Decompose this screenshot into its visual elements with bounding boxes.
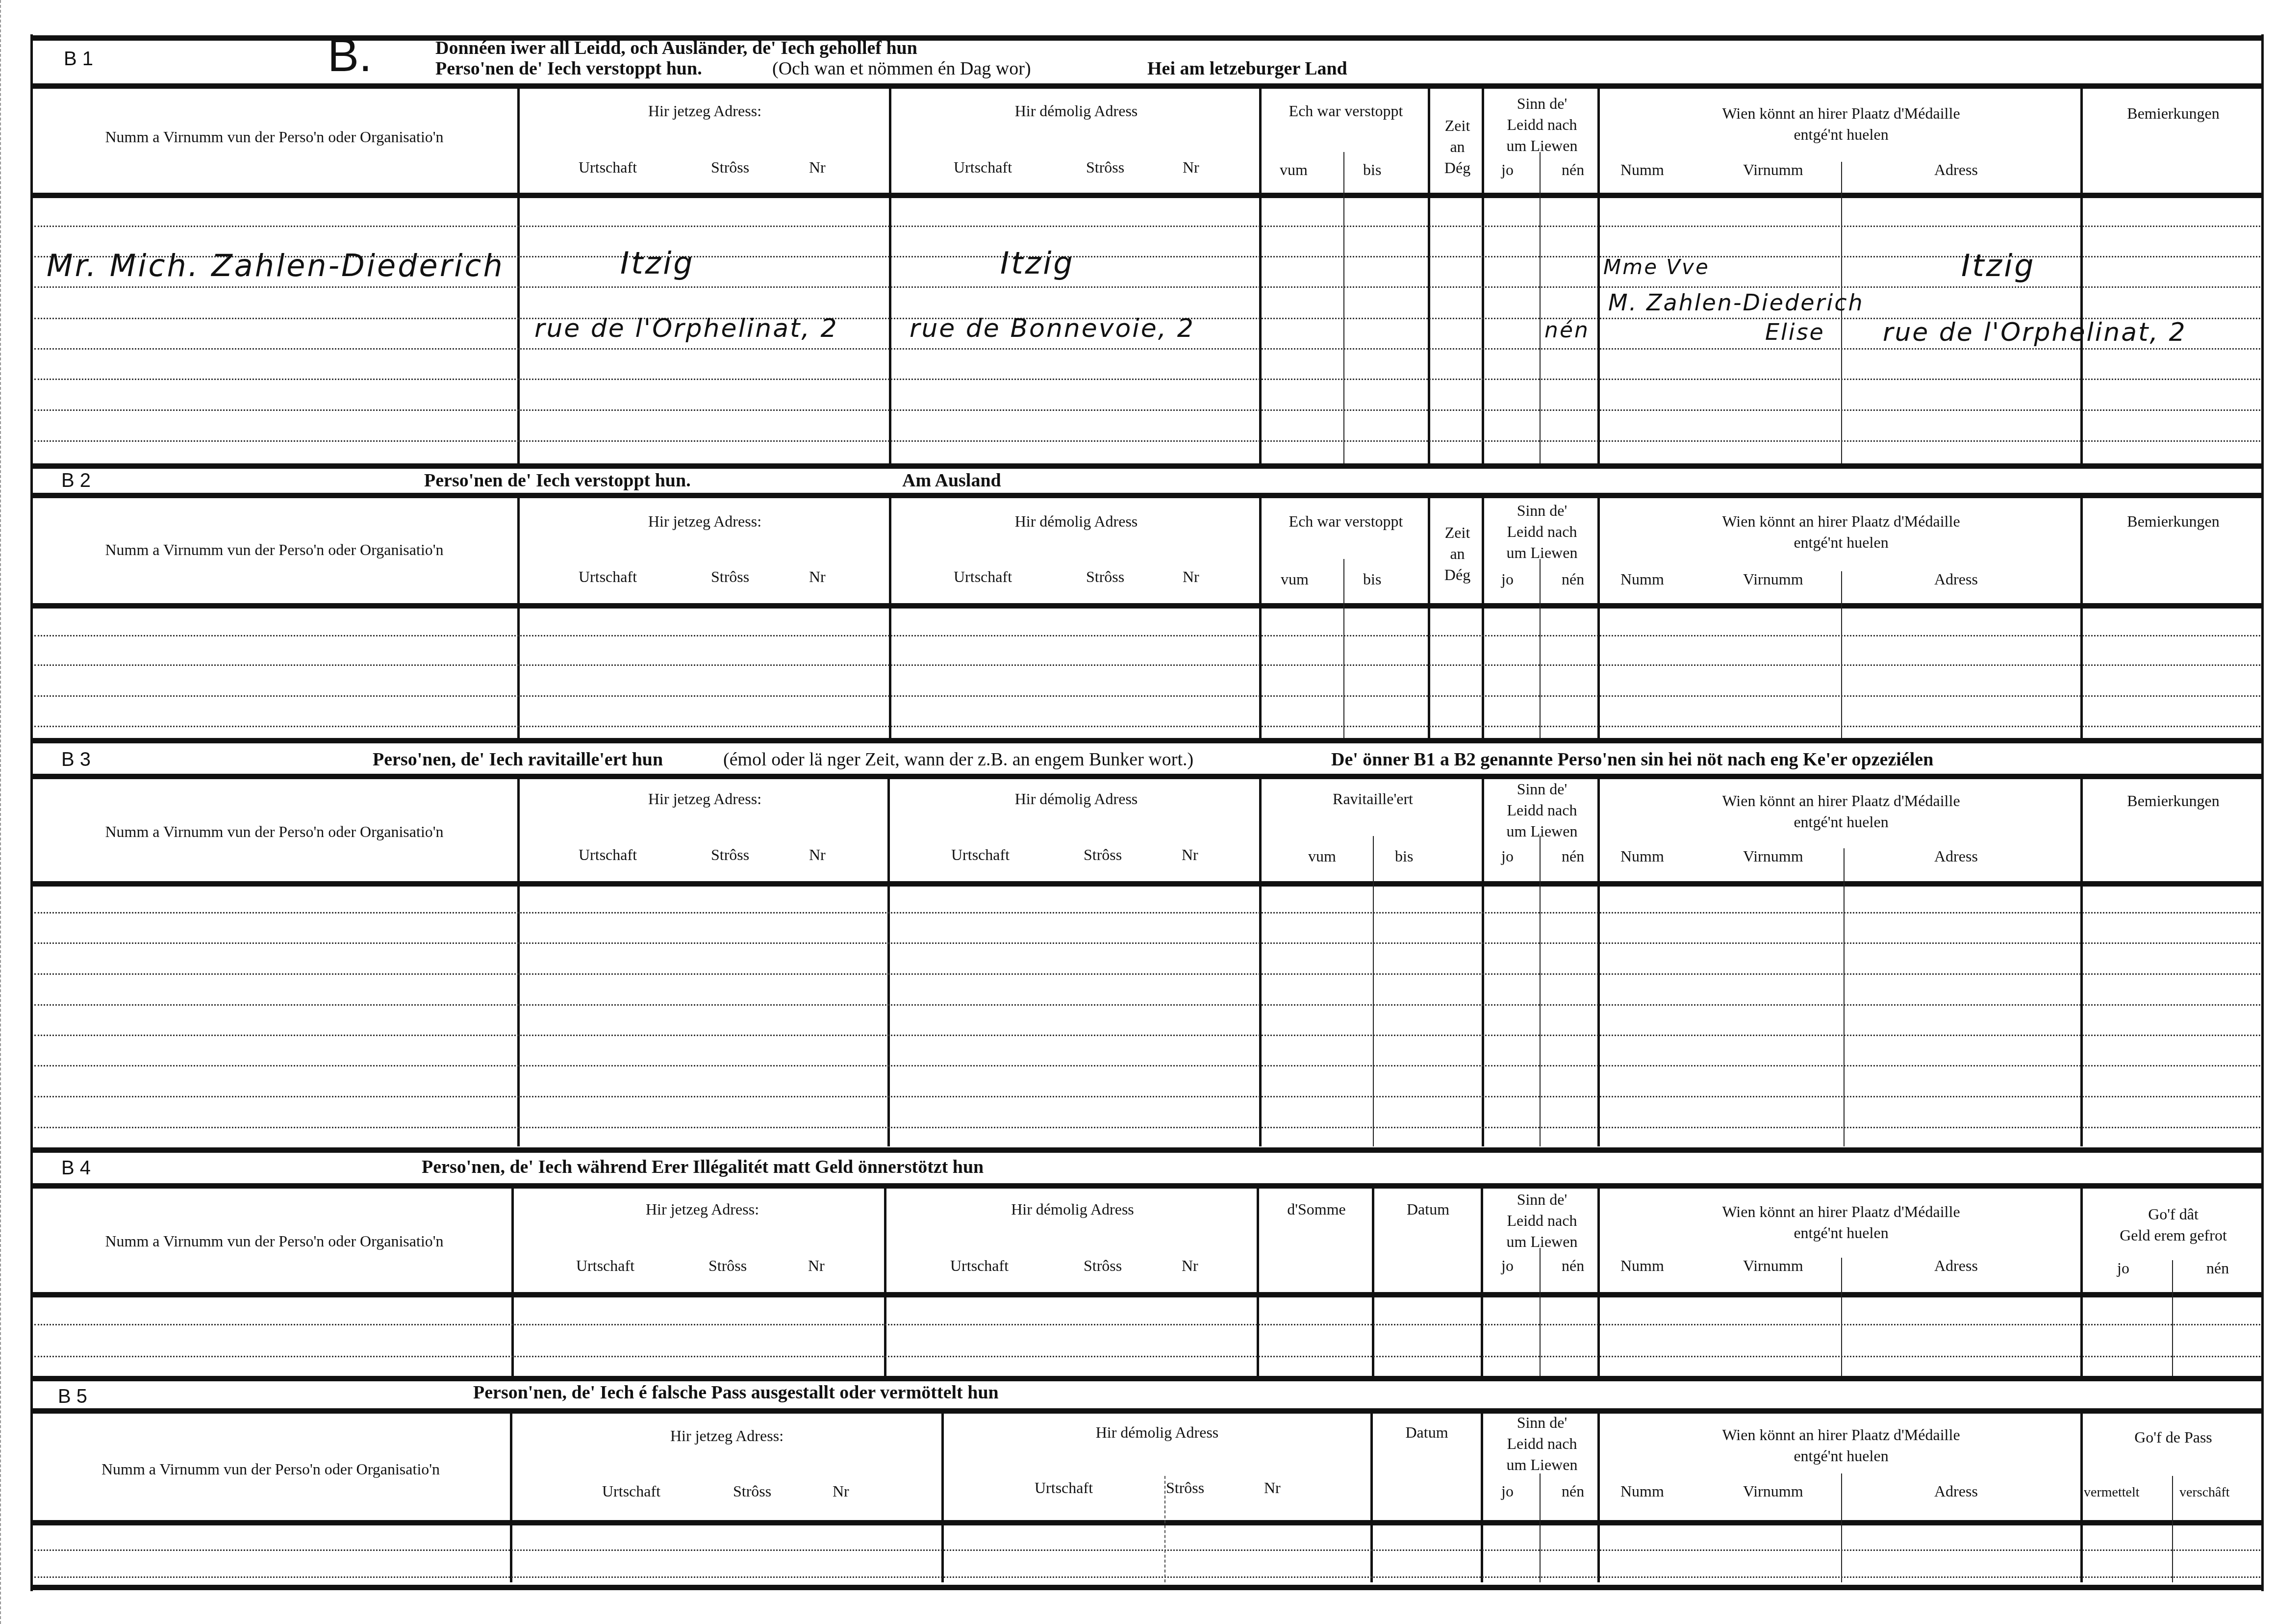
b1-divider [1482, 88, 1484, 463]
b2-col-wien: Wien könnt an hirer Plaatz d'Médailleent… [1601, 511, 2081, 553]
b1-row-line [34, 409, 2260, 411]
b2-col-bis: bis [1363, 569, 1381, 590]
b1-entry-current-street: rue de l'Orphelinat, 2 [534, 314, 838, 343]
b2-divider [1428, 498, 1430, 738]
b4-row-line [34, 1356, 2260, 1357]
b3-top-rule [30, 738, 2264, 743]
b5-divider [941, 1413, 944, 1582]
b2-col-vum: vum [1281, 569, 1309, 590]
b4-col-numm: Numm [1620, 1255, 1664, 1276]
b5-divider [1370, 1413, 1373, 1582]
b1-entry-medal-title: Mme Vve [1603, 255, 1710, 279]
b4-section-id: B 4 [61, 1157, 91, 1179]
b5-row-line [34, 1576, 2260, 1578]
b1-col-numm: Numm [1620, 159, 1664, 180]
b1-col-urtschaft-former: Urtschaft [954, 157, 1012, 178]
b3-col-nen: nén [1562, 846, 1584, 867]
b3-header-rule [30, 774, 2264, 779]
b1-col-name: Numm a Virnumm vun der Perso'n oder Orga… [30, 127, 518, 148]
b4-col-wien: Wien könnt an hirer Plaatz d'Médailleent… [1601, 1201, 2081, 1243]
b2-col-nen: nén [1562, 569, 1584, 590]
b1-body-rule [30, 193, 2264, 198]
b2-col-nr: Nr [809, 566, 826, 587]
b5-divider [1164, 1476, 1166, 1582]
b3-divider [1597, 779, 1600, 1146]
b5-header-rule [30, 1408, 2264, 1414]
b1-entry-name: Mr. Mich. Zahlen-Diederich [47, 248, 505, 283]
b5-col-verschaft: verschâft [2179, 1483, 2230, 1502]
b3-divider [2080, 779, 2083, 1146]
b2-top-rule [30, 463, 2264, 469]
b1-row-line [34, 348, 2260, 350]
b3-col-vum: vum [1308, 846, 1336, 867]
b5-col-sinn: Sinn de'Leidd nachum Liewen [1486, 1412, 1598, 1476]
b3-row-line [34, 1004, 2260, 1006]
b2-divider [1482, 498, 1484, 738]
b2-section-id: B 2 [61, 470, 91, 492]
b4-col-nr: Nr [808, 1255, 825, 1276]
b3-col-name: Numm a Virnumm vun der Perso'n oder Orga… [30, 821, 518, 842]
b2-title: Perso'nen de' Iech verstoppt hun. [424, 470, 691, 491]
b4-header-rule [30, 1183, 2264, 1189]
b3-col-adress: Adress [1934, 846, 1978, 867]
b3-divider [1482, 779, 1484, 1146]
b5-title: Person'nen, de' Iech é falsche Pass ausg… [473, 1382, 999, 1403]
b3-col-nr: Nr [809, 844, 826, 865]
b3-row-line [34, 1127, 2260, 1128]
b2-divider [1841, 571, 1842, 738]
b3-title: Perso'nen, de' Iech ravitaille'ert hun [373, 749, 663, 770]
b1-col-nr: Nr [809, 157, 826, 178]
b2-col-numm: Numm [1620, 569, 1664, 590]
b2-col-nr-former: Nr [1183, 566, 1199, 587]
b5-col-vermettelt: vermettelt [2084, 1483, 2140, 1502]
b3-divider [887, 779, 890, 1146]
b4-col-nr-former: Nr [1182, 1255, 1198, 1276]
b1-col-sinn: Sinn de'Leidd nachum Liewen [1486, 93, 1598, 157]
b1-col-jo: jo [1501, 159, 1514, 180]
b3-col-current-address: Hir jetzeg Adress: [520, 788, 890, 810]
b4-col-urtschaft-former: Urtschaft [950, 1255, 1009, 1276]
b3-col-bis: bis [1395, 846, 1413, 867]
b1-entry-medal-firstname: Elise [1765, 319, 1825, 345]
b4-col-gof: Go'f dâtGeld erem gefrot [2084, 1204, 2263, 1246]
b1-entry-current-locality: Itzig [620, 245, 695, 281]
b1-title-paren: (Och wan et nömmen én Dag wor) [772, 58, 1031, 79]
b4-col-current-address: Hir jetzeg Adress: [517, 1199, 887, 1220]
b1-entry-saved-life-nen: nén [1544, 318, 1590, 343]
b2-divider [517, 498, 520, 738]
b4-col-former-address: Hir démolig Adress [887, 1199, 1258, 1220]
b2-row-line [34, 695, 2260, 697]
b1-col-zeit: ZeitanDég [1432, 115, 1483, 179]
b2-col-urtschaft-former: Urtschaft [954, 566, 1012, 587]
b2-divider [1259, 498, 1262, 738]
b5-col-nr-former: Nr [1264, 1477, 1281, 1498]
b2-row-line [34, 664, 2260, 666]
b1-divider [1428, 88, 1430, 463]
b2-col-virnumm: Virnumm [1743, 569, 1803, 590]
b3-col-bemierkungen: Bemierkungen [2084, 790, 2263, 812]
b1-entry-medal-locality: Itzig [1961, 248, 2036, 283]
b4-col-jo: jo [1501, 1255, 1514, 1276]
b3-col-former-address: Hir démolig Adress [892, 788, 1260, 810]
b2-header-rule [30, 493, 2264, 498]
b2-col-former-address: Hir démolig Adress [892, 511, 1260, 532]
b1-row-line [34, 226, 2260, 227]
b5-col-jo: jo [1501, 1481, 1514, 1502]
b4-divider [884, 1188, 886, 1377]
b2-col-sinn: Sinn de'Leidd nachum Liewen [1486, 500, 1598, 564]
b2-row-line [34, 726, 2260, 727]
b3-divider [1373, 836, 1374, 1146]
b4-col-stross: Strôss [708, 1255, 747, 1276]
b4-col-virnumm: Virnumm [1743, 1255, 1803, 1276]
b4-col-nen: nén [1562, 1255, 1584, 1276]
b1-entry-former-locality: Itzig [1000, 245, 1075, 281]
b3-row-line [34, 1096, 2260, 1097]
b1-title-line2: Perso'nen de' Iech verstoppt hun. [435, 58, 702, 79]
b1-title-line1: Donnéen iwer all Leidd, och Ausländer, d… [435, 37, 917, 59]
b4-top-rule [30, 1147, 2264, 1153]
b2-row-line [34, 635, 2260, 636]
b5-divider [2172, 1476, 2173, 1582]
b5-divider [1540, 1473, 1541, 1582]
b1-col-bemierkungen: Bemierkungen [2084, 103, 2263, 124]
b1-top-rule [30, 35, 2264, 41]
b2-col-adress: Adress [1934, 569, 1978, 590]
b3-row-line [34, 942, 2260, 944]
b1-col-vum: vum [1280, 159, 1308, 180]
b4-divider [1540, 1248, 1541, 1377]
b1-col-stross-former: Strôss [1086, 157, 1124, 178]
b1-col-nr-former: Nr [1183, 157, 1199, 178]
b1-section-id: B 1 [64, 48, 93, 70]
b5-col-current-address: Hir jetzeg Adress: [512, 1425, 941, 1446]
b1-divider [1259, 88, 1262, 463]
b2-col-name: Numm a Virnumm vun der Perso'n oder Orga… [30, 539, 518, 560]
b5-divider [1597, 1413, 1600, 1582]
b2-divider [1597, 498, 1600, 738]
b4-col-sinn: Sinn de'Leidd nachum Liewen [1486, 1189, 1598, 1253]
b4-col-name: Numm a Virnumm vun der Perso'n oder Orga… [30, 1231, 518, 1252]
b1-col-adress: Adress [1934, 159, 1978, 180]
b3-divider [1259, 779, 1262, 1146]
b3-col-ravitailleert: Ravitaille'ert [1263, 788, 1483, 810]
b2-col-jo: jo [1501, 569, 1514, 590]
b5-col-name: Numm a Virnumm vun der Perso'n oder Orga… [30, 1459, 511, 1480]
b2-divider [2080, 498, 2083, 738]
b5-col-virnumm: Virnumm [1743, 1481, 1803, 1502]
b1-col-nen: nén [1562, 159, 1584, 180]
b4-row-line [34, 1324, 2260, 1325]
b4-divider [1372, 1188, 1374, 1377]
b2-divider [1540, 559, 1541, 738]
b5-divider [1841, 1473, 1842, 1582]
b5-col-numm: Numm [1620, 1481, 1664, 1502]
b3-row-line [34, 973, 2260, 975]
b5-col-urtschaft-former: Urtschaft [1035, 1477, 1093, 1498]
b5-divider [510, 1413, 512, 1582]
b1-divider [1540, 152, 1541, 463]
b5-col-datum: Datum [1373, 1422, 1481, 1443]
b2-col-bemierkungen: Bemierkungen [2084, 511, 2263, 532]
b5-col-wien: Wien könnt an hirer Plaatz d'Médailleent… [1601, 1424, 2081, 1467]
b1-row-line [34, 286, 2260, 288]
b3-row-line [34, 1035, 2260, 1036]
b5-row-line [34, 1549, 2260, 1551]
b4-col-somme: d'Somme [1260, 1199, 1373, 1220]
b1-title-tail: Hei am letzeburger Land [1147, 58, 1347, 79]
b3-divider [517, 779, 520, 1146]
b5-col-stross-former: Strôss [1166, 1477, 1204, 1498]
b2-col-urtschaft: Urtschaft [579, 566, 637, 587]
b2-col-stross: Strôss [711, 566, 749, 587]
b3-col-sinn: Sinn de'Leidd nachum Liewen [1486, 779, 1598, 842]
b1-row-line [34, 379, 2260, 380]
b3-col-jo: jo [1501, 846, 1514, 867]
b3-col-wien: Wien könnt an hirer Plaatz d'Médailleent… [1601, 790, 2081, 833]
b3-title-tail: De' önner B1 a B2 genannte Perso'nen sin… [1331, 749, 1933, 770]
b1-divider [1597, 88, 1600, 463]
b4-divider [2172, 1260, 2173, 1377]
b5-col-adress: Adress [1934, 1481, 1978, 1502]
b2-col-current-address: Hir jetzeg Adress: [520, 511, 890, 532]
b1-col-wien: Wien könnt an hirer Plaatz d'Médailleent… [1601, 103, 2081, 145]
b1-col-current-address: Hir jetzeg Adress: [520, 101, 890, 122]
b5-section-id: B 5 [58, 1386, 87, 1408]
b4-col-datum: Datum [1375, 1199, 1481, 1220]
b1-row-line [34, 440, 2260, 442]
b4-col-gof-nen: nén [2206, 1258, 2229, 1279]
b5-col-nen: nén [1562, 1481, 1584, 1502]
b4-col-gof-jo: jo [2117, 1258, 2129, 1279]
b4-divider [511, 1188, 514, 1377]
b3-divider [1844, 848, 1845, 1146]
b1-entry-medal-name: M. Zahlen-Diederich [1608, 289, 1864, 316]
b3-col-virnumm: Virnumm [1743, 846, 1803, 867]
b4-title: Perso'nen, de' Iech während Erer Illégal… [422, 1156, 984, 1178]
b3-row-line [34, 912, 2260, 913]
b2-col-zeit: ZeitanDég [1432, 522, 1483, 586]
b1-col-former-address: Hir démolig Adress [892, 101, 1260, 122]
b2-col-stross-former: Strôss [1086, 566, 1124, 587]
b1-divider [2080, 88, 2083, 463]
b1-entry-former-street: rue de Bonnevoie, 2 [910, 314, 1195, 343]
b5-body-rule [30, 1520, 2264, 1525]
b4-divider [2080, 1188, 2083, 1377]
form-bottom-rule [30, 1585, 2264, 1590]
b1-entry-medal-address: rue de l'Orphelinat, 2 [1883, 318, 2187, 347]
b1-col-bis: bis [1363, 159, 1381, 180]
b4-divider [1597, 1188, 1600, 1377]
b1-divider [517, 88, 520, 463]
b2-title-tail: Am Ausland [902, 470, 1001, 491]
page-margin-edge [0, 0, 4, 1624]
b1-col-stross: Strôss [711, 157, 749, 178]
b4-col-stross-former: Strôss [1084, 1255, 1122, 1276]
b1-col-urtschaft: Urtschaft [579, 157, 637, 178]
b2-col-verstoppt: Ech war verstoppt [1263, 511, 1429, 532]
b4-body-rule [30, 1292, 2264, 1297]
b2-divider [889, 498, 891, 738]
b5-col-stross: Strôss [733, 1481, 771, 1502]
b4-divider [1257, 1188, 1259, 1377]
b5-col-nr: Nr [833, 1481, 849, 1502]
b5-divider [1481, 1413, 1483, 1582]
b1-divider [1343, 152, 1344, 463]
b1-header-rule [30, 83, 2264, 89]
b3-col-numm: Numm [1620, 846, 1664, 867]
b4-col-urtschaft: Urtschaft [576, 1255, 634, 1276]
b3-col-urtschaft-former: Urtschaft [951, 844, 1010, 865]
b3-col-stross-former: Strôss [1084, 844, 1122, 865]
b2-body-rule [30, 603, 2264, 609]
b5-divider [2080, 1413, 2083, 1582]
b3-col-urtschaft: Urtschaft [579, 844, 637, 865]
b1-divider [889, 88, 891, 463]
b1-col-virnumm: Virnumm [1743, 159, 1803, 180]
b3-section-id: B 3 [61, 749, 91, 771]
b2-divider [1343, 559, 1344, 738]
b3-col-stross: Strôss [711, 844, 749, 865]
b5-top-rule [30, 1376, 2264, 1381]
b3-col-nr-former: Nr [1182, 844, 1198, 865]
b5-col-former-address: Hir démolig Adress [944, 1422, 1370, 1443]
b3-divider [1540, 836, 1541, 1146]
b5-col-gof: Go'f de Pass [2084, 1427, 2263, 1448]
b3-title-paren: (émol oder lä nger Zeit, wann der z.B. a… [723, 749, 1193, 770]
b3-body-rule [30, 881, 2264, 887]
b4-divider [1841, 1258, 1842, 1377]
b1-col-verstoppt: Ech war verstoppt [1263, 101, 1429, 122]
b4-divider [1481, 1188, 1483, 1377]
b3-row-line [34, 1065, 2260, 1066]
b4-col-adress: Adress [1934, 1255, 1978, 1276]
b5-col-urtschaft: Urtschaft [602, 1481, 660, 1502]
